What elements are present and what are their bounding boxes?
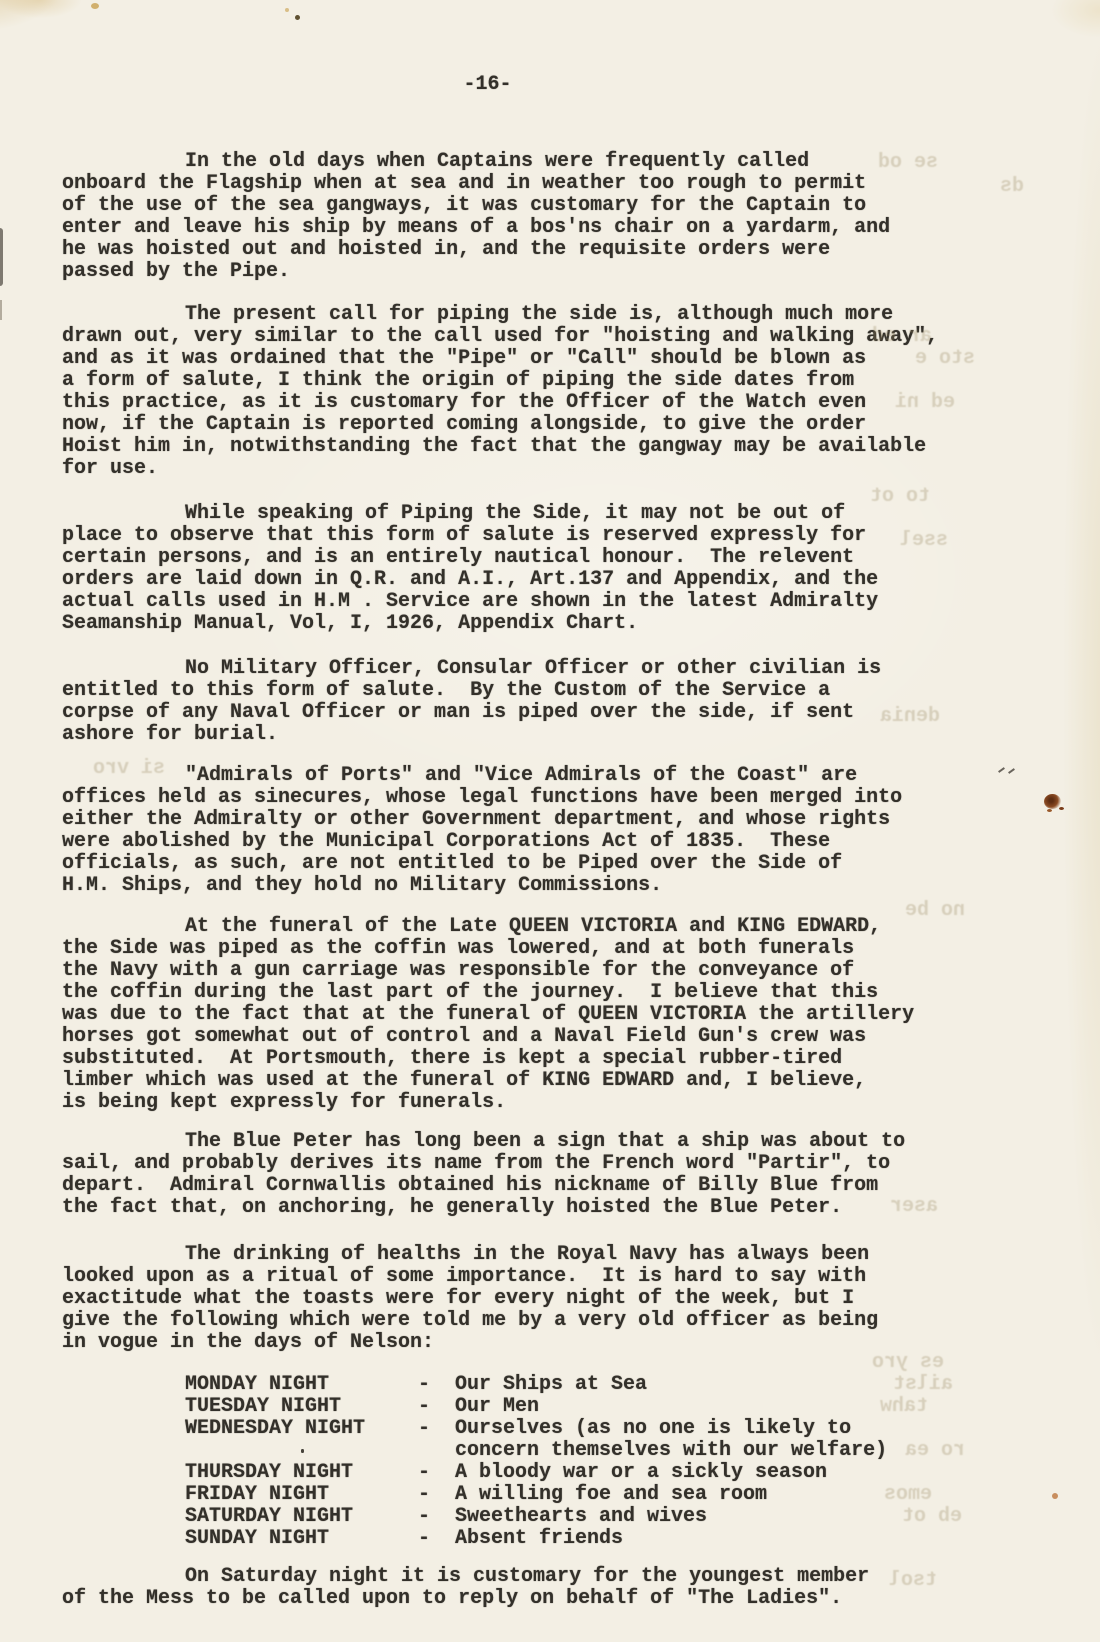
- bleed-through-text: ro ea: [905, 1440, 965, 1462]
- paragraph-royal-funerals: At the funeral of the Late QUEEN VICTORI…: [62, 916, 1072, 1114]
- yellow-speck: [285, 8, 289, 12]
- toast-night-label: WEDNESDAY NIGHT: [185, 1418, 418, 1440]
- text-line: exactitude what the toasts were for ever…: [62, 1288, 1072, 1310]
- text-line: the Side was piped as the coffin was low…: [62, 938, 1072, 960]
- text-line: horses got somewhat out of control and a…: [62, 1026, 1072, 1048]
- text-line: Ourselves (as no one is likely to: [455, 1418, 1045, 1440]
- text-line: onboard the Flagship when at sea and in …: [62, 173, 1072, 195]
- toast-night-label: SUNDAY NIGHT: [185, 1528, 418, 1550]
- text-line: orders are laid down in Q.R. and A.I., A…: [62, 569, 1072, 591]
- document-page: -16- In the old days when Captains were …: [0, 0, 1100, 1642]
- text-line: Our Ships at Sea: [455, 1374, 1045, 1396]
- toast-row: SUNDAY NIGHT-Absent friends: [185, 1528, 1045, 1550]
- text-line: "Admirals of Ports" and "Vice Admirals o…: [62, 765, 1072, 787]
- toast-text: Our Men: [455, 1396, 1045, 1418]
- text-line: the Navy with a gun carriage was respons…: [62, 960, 1072, 982]
- toast-night-label: THURSDAY NIGHT: [185, 1462, 418, 1484]
- bleed-through-text: emos: [884, 1484, 932, 1506]
- bleed-through-text: ssel: [900, 530, 948, 552]
- text-line: limber which was used at the funeral of …: [62, 1070, 1072, 1092]
- text-line: a form of salute, I think the origin of …: [62, 370, 1072, 392]
- bleed-through-text: se od: [878, 152, 938, 174]
- bleed-through-text: sto e: [915, 348, 975, 370]
- toast-dash: -: [418, 1462, 455, 1484]
- text-line: Hoist him in, notwithstanding the fact t…: [62, 436, 1072, 458]
- text-line: sail, and probably derives its name from…: [62, 1153, 1072, 1175]
- scan-edge-shadow: [0, 228, 3, 286]
- text-line: is being kept expressly for funerals.: [62, 1092, 1072, 1114]
- bleed-through-text: es yro: [872, 1352, 944, 1374]
- text-line: of the use of the sea gangways, it was c…: [62, 195, 1072, 217]
- toast-dash: -: [418, 1528, 455, 1550]
- toast-night-label: TUESDAY NIGHT: [185, 1396, 418, 1418]
- bleed-through-text: to ot: [870, 486, 930, 508]
- bleed-through-text: no be: [905, 900, 965, 922]
- text-line: Our Men: [455, 1396, 1045, 1418]
- text-line: was due to the fact that at the funeral …: [62, 1004, 1072, 1026]
- toast-dash: -: [418, 1374, 455, 1396]
- text-line: Seamanship Manual, Vol, I, 1926, Appendi…: [62, 613, 1072, 635]
- page-number: -16-: [0, 74, 975, 96]
- toast-row: THURSDAY NIGHT-A bloody war or a sickly …: [185, 1462, 1045, 1484]
- rust-stain: [1044, 794, 1061, 809]
- toast-dash: -: [418, 1484, 455, 1506]
- bleed-through-text: ar ed: [872, 326, 932, 348]
- toast-text: A willing foe and sea room: [455, 1484, 1045, 1506]
- text-line: the coffin during the last part of the j…: [62, 982, 1072, 1004]
- bleed-through-text: ds: [1000, 176, 1024, 198]
- toast-night-label: SATURDAY NIGHT: [185, 1506, 418, 1528]
- text-line: looked upon as a ritual of some importan…: [62, 1266, 1072, 1288]
- text-line: either the Admiralty or other Government…: [62, 809, 1072, 831]
- toast-dash: -: [418, 1418, 455, 1440]
- bleed-through-text: ailst: [893, 1374, 953, 1396]
- text-line: depart. Admiral Cornwallis obtained his …: [62, 1175, 1072, 1197]
- toast-night-label: FRIDAY NIGHT: [185, 1484, 418, 1506]
- bleed-through-text: tahw: [880, 1396, 928, 1418]
- bleed-through-text: aser: [890, 1196, 938, 1218]
- scan-edge-shadow: [0, 300, 2, 320]
- paragraph-piping-side: While speaking of Piping the Side, it ma…: [62, 503, 1072, 635]
- text-line: H.M. Ships, and they hold no Military Co…: [62, 875, 1072, 897]
- text-line: entitled to this form of salute. By the …: [62, 680, 1072, 702]
- text-line: No Military Officer, Consular Officer or…: [62, 658, 1072, 680]
- text-line: Absent friends: [455, 1528, 1045, 1550]
- text-line: offices held as sinecures, whose legal f…: [62, 787, 1072, 809]
- text-line: give the following which were told me by…: [62, 1310, 1072, 1332]
- text-line: The Blue Peter has long been a sign that…: [62, 1131, 1072, 1153]
- text-line: The present call for piping the side is,…: [62, 304, 1072, 326]
- paragraph-drinking-healths: The drinking of healths in the Royal Nav…: [62, 1244, 1072, 1354]
- text-line: A bloody war or a sickly season: [455, 1462, 1045, 1484]
- toast-night-label: MONDAY NIGHT: [185, 1374, 418, 1396]
- text-line: were abolished by the Municipal Corporat…: [62, 831, 1072, 853]
- text-line: for use.: [62, 458, 1072, 480]
- rust-speck: [1052, 1493, 1058, 1499]
- text-line: A willing foe and sea room: [455, 1484, 1045, 1506]
- toast-text: Absent friends: [455, 1528, 1045, 1550]
- bleed-through-text: denia: [880, 706, 940, 728]
- paragraph-admirals-ports: "Admirals of Ports" and "Vice Admirals o…: [62, 765, 1072, 897]
- ink-speck: [295, 15, 300, 20]
- text-line: actual calls used in H.M . Service are s…: [62, 591, 1072, 613]
- toast-text: A bloody war or a sickly season: [455, 1462, 1045, 1484]
- toast-text: Our Ships at Sea: [455, 1374, 1045, 1396]
- bleed-through-text: ed ni: [895, 392, 955, 414]
- yellow-speck: [91, 3, 99, 9]
- toast-dash: -: [418, 1506, 455, 1528]
- paragraph-no-military: No Military Officer, Consular Officer or…: [62, 658, 1072, 746]
- text-line: now, if the Captain is reported coming a…: [62, 414, 1072, 436]
- text-line: he was hoisted out and hoisted in, and t…: [62, 239, 1072, 261]
- bleed-through-text: si vro: [93, 758, 165, 780]
- text-line: passed by the Pipe.: [62, 261, 1072, 283]
- bleed-through-text: tsol: [889, 1570, 937, 1592]
- text-line: substituted. At Portsmouth, there is kep…: [62, 1048, 1072, 1070]
- type-speck: [301, 1449, 304, 1453]
- text-line: officials, as such, are not entitled to …: [62, 853, 1072, 875]
- bleed-through-text: eb ot: [902, 1506, 962, 1528]
- toast-dash: -: [418, 1396, 455, 1418]
- text-line: The drinking of healths in the Royal Nav…: [62, 1244, 1072, 1266]
- text-line: enter and leave his ship by means of a b…: [62, 217, 1072, 239]
